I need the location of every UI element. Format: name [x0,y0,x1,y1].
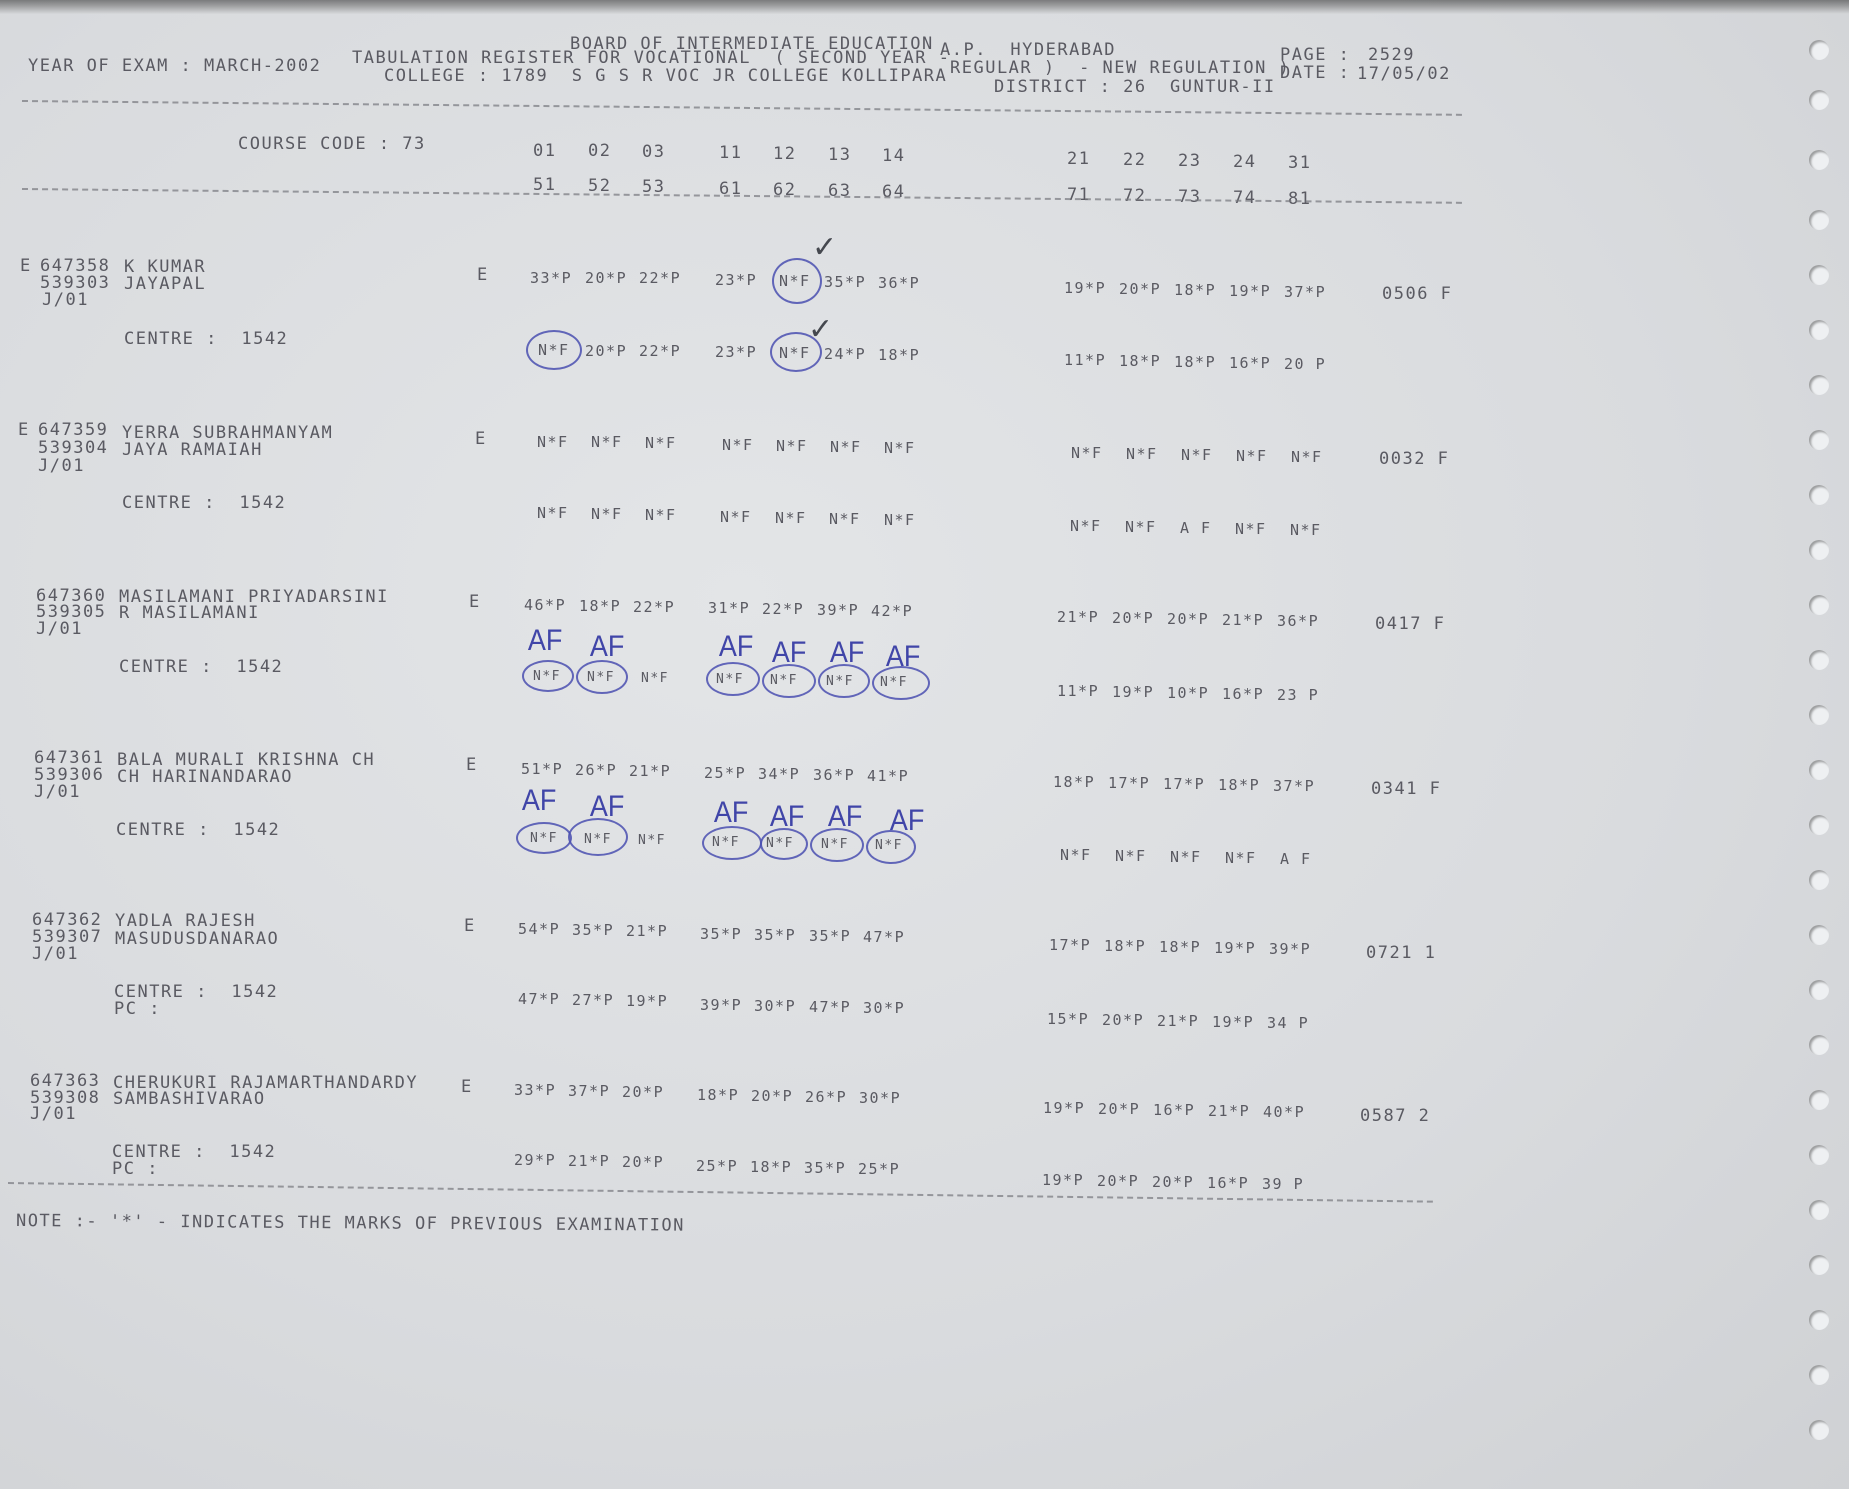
sprocket-hole [1809,375,1829,395]
handwritten-af: AF [886,640,921,674]
sprocket-hole [1809,1200,1829,1220]
mark-81: A F [1280,849,1312,869]
mark-11: 35*P [700,924,742,944]
father-name: SAMBASHIVARAO [113,1089,266,1109]
medium: E [464,916,476,936]
mark-53: N*F [638,831,666,851]
sprocket-hole [1809,210,1829,230]
code-03: 03 [642,142,665,162]
mark-22: 20*P [1098,1099,1140,1119]
page-label: PAGE : [1280,45,1350,65]
student-flag: E [18,420,30,440]
mark-53: N*F [645,505,677,525]
mark-22: 17*P [1108,773,1150,793]
mark-14: 36*P [878,273,920,293]
mark-13: 35*P [809,926,851,946]
mark-14: 41*P [867,766,909,786]
mark-23: 17*P [1163,774,1205,794]
handwritten-af: AF [830,636,865,670]
code-24: 24 [1233,152,1256,172]
handwritten-af: AF [772,636,807,670]
total-result: 0032 F [1379,449,1449,469]
mark-12: 35*P [754,925,796,945]
mark-72: 20*P [1102,1010,1144,1030]
father-name: JAYAPAL [124,274,206,294]
code-01: 01 [533,141,556,161]
mark-73: A F [1180,518,1212,538]
state-city: A.P. HYDERABAD [940,40,1116,60]
mark-01: N*F [537,432,569,452]
mark-14: 47*P [863,927,905,947]
mark-14: 42*P [871,601,913,621]
mark-21: 19*P [1043,1098,1085,1118]
mark-01: 33*P [530,268,572,288]
mark-03: 21*P [629,761,671,781]
register-title: TABULATION REGISTER FOR VOCATIONAL ( SEC… [352,48,950,68]
mark-13: 26*P [805,1087,847,1107]
sprocket-hole [1809,815,1829,835]
mark-23: 16*P [1153,1100,1195,1120]
total-result: 0417 F [1375,614,1445,634]
mark-73: 21*P [1157,1011,1199,1031]
register-type: REGULAR ) - NEW REGULATION ) [950,58,1290,78]
mark-73: N*F [1170,847,1202,867]
mark-11: 18*P [697,1085,739,1105]
sprocket-hole [1809,1255,1829,1275]
total-result: 0721 1 [1366,943,1436,963]
handwritten-circle [576,660,628,694]
handwritten-af: AF [528,624,563,658]
mark-11: 25*P [704,763,746,783]
pc-label: PC : [114,999,161,1019]
mark-73: 18*P [1174,352,1216,372]
centre-code: CENTRE : 1542 [116,820,280,840]
course-code: COURSE CODE : 73 [238,134,426,154]
code-72: 72 [1123,186,1146,206]
mark-12: N*F [776,436,808,456]
mark-64: 18*P [878,345,920,365]
mark-12: 20*P [751,1086,793,1106]
mark-31: 36*P [1277,611,1319,631]
mark-64: N*F [884,510,916,530]
group-code: J/01 [42,290,89,310]
code-22: 22 [1123,150,1146,170]
handwritten-af: AF [828,800,863,834]
mark-22: 20*P [1119,279,1161,299]
tabulation-register-page [0,0,1849,1489]
mark-03: N*F [645,433,677,453]
mark-74: N*F [1225,848,1257,868]
father-name: CH HARINANDARAO [117,767,293,787]
sprocket-hole [1809,1145,1829,1165]
father-name: MASUDUSDANARAO [115,929,279,949]
code-63: 63 [828,181,851,201]
sprocket-hole [1809,485,1829,505]
mark-23: N*F [1181,445,1213,465]
mark-21: 19*P [1064,278,1106,298]
mark-63: N*F [829,509,861,529]
handwritten-af: AF [590,790,625,824]
sprocket-hole [1809,1310,1829,1330]
mark-63: 35*P [804,1158,846,1178]
mark-21: 18*P [1053,772,1095,792]
mark-64: 25*P [858,1159,900,1179]
centre-code: CENTRE : 1542 [119,657,283,677]
student-flag: E [20,256,32,276]
sprocket-hole [1809,265,1829,285]
handwritten-circle [706,662,760,696]
mark-61: 25*P [696,1156,738,1176]
total-result: 0587 2 [1360,1106,1430,1126]
mark-24: 19*P [1214,938,1256,958]
checkmark-icon: ✓ [808,312,833,347]
mark-14: N*F [884,438,916,458]
district: DISTRICT : 26 GUNTUR-II [994,77,1276,97]
centre-code: CENTRE : 1542 [122,493,286,513]
mark-71: 11*P [1064,350,1106,370]
mark-31: N*F [1291,447,1323,467]
mark-01: 46*P [524,595,566,615]
medium: E [469,592,481,612]
mark-22: 18*P [1104,936,1146,956]
mark-13: 39*P [817,600,859,620]
code-14: 14 [882,146,905,166]
handwritten-af: AF [714,796,749,830]
mark-01: 51*P [521,759,563,779]
medium: E [461,1077,473,1097]
date-label: DATE : [1280,63,1350,83]
mark-72: 19*P [1112,682,1154,702]
mark-11: 31*P [708,598,750,618]
checkmark-icon: ✓ [812,230,837,265]
mark-74: N*F [1235,519,1267,539]
medium: E [475,429,487,449]
group-code: J/01 [32,944,79,964]
mark-72: N*F [1125,517,1157,537]
mark-51: 29*P [514,1150,556,1170]
mark-24: N*F [1236,446,1268,466]
mark-03: 22*P [639,268,681,288]
mark-24: 21*P [1208,1101,1250,1121]
mark-23: 20*P [1167,609,1209,629]
code-31: 31 [1288,153,1311,173]
mark-03: 21*P [626,921,668,941]
handwritten-circle [516,822,572,854]
mark-71: 19*P [1042,1170,1084,1190]
mark-02: 26*P [575,760,617,780]
student-name: YADLA RAJESH [115,911,256,931]
mark-03: 22*P [633,597,675,617]
mark-53: 19*P [626,991,668,1011]
mark-51: 47*P [518,989,560,1009]
father-name: JAYA RAMAIAH [122,440,263,460]
mark-11: N*F [722,435,754,455]
mark-74: 16*P [1207,1173,1249,1193]
sprocket-hole [1809,925,1829,945]
sprocket-hole [1809,1420,1829,1440]
mark-61: 23*P [715,342,757,362]
medium: E [477,265,489,285]
sprocket-hole [1809,650,1829,670]
mark-71: 15*P [1047,1009,1089,1029]
mark-81: 23 P [1277,685,1319,705]
mark-23: 18*P [1159,937,1201,957]
mark-02: N*F [591,432,623,452]
mark-81: 20 P [1284,354,1326,374]
code-02: 02 [588,141,611,161]
sprocket-hole [1809,595,1829,615]
mark-24: 18*P [1218,775,1260,795]
sprocket-hole [1809,150,1829,170]
code-13: 13 [828,145,851,165]
mark-21: N*F [1071,443,1103,463]
mark-31: 40*P [1263,1102,1305,1122]
sprocket-hole [1809,870,1829,890]
sprocket-hole [1809,320,1829,340]
father-name: R MASILAMANI [119,603,260,623]
mark-02: 20*P [585,268,627,288]
sprocket-hole [1809,1035,1829,1055]
mark-72: 20*P [1097,1171,1139,1191]
mark-13: 36*P [813,765,855,785]
hall-ticket-number: 647359 [38,420,108,440]
mark-71: N*F [1070,516,1102,536]
sprocket-hole [1809,1090,1829,1110]
mark-72: 18*P [1119,351,1161,371]
group-code: J/01 [38,456,85,476]
mark-52: 27*P [572,990,614,1010]
mark-02: 18*P [579,596,621,616]
handwritten-circle [702,826,762,860]
mark-14: 30*P [859,1088,901,1108]
sprocket-hole [1809,40,1829,60]
mark-63: 24*P [824,344,866,364]
handwritten-circle [526,330,582,370]
mark-13: N*F [830,437,862,457]
handwritten-af: AF [719,630,754,664]
centre-code: CENTRE : 1542 [124,329,288,349]
mark-51: N*F [537,503,569,523]
code-74: 74 [1233,188,1256,208]
pc-label: PC : [112,1159,159,1179]
mark-53: 20*P [622,1152,664,1172]
mark-73: 10*P [1167,683,1209,703]
registration-number: 539304 [38,438,108,458]
sprocket-hole [1809,980,1829,1000]
sprocket-hole [1809,705,1829,725]
paper-top-edge [0,0,1849,14]
sprocket-hole [1809,540,1829,560]
total-result: 0506 F [1382,284,1452,304]
mark-52: N*F [591,504,623,524]
mark-53: N*F [641,669,669,689]
mark-12: 22*P [762,599,804,619]
mark-74: 16*P [1222,684,1264,704]
mark-22: N*F [1126,444,1158,464]
mark-52: 20*P [585,341,627,361]
mark-62: 18*P [750,1157,792,1177]
mark-62: N*F [775,508,807,528]
date-value: 17/05/02 [1357,64,1451,84]
code-23: 23 [1178,151,1201,171]
mark-72: N*F [1115,846,1147,866]
mark-31: 37*P [1273,776,1315,796]
mark-23: 18*P [1174,280,1216,300]
total-result: 0341 F [1371,779,1441,799]
code-12: 12 [773,144,796,164]
mark-62: 30*P [754,996,796,1016]
mark-71: 11*P [1057,681,1099,701]
handwritten-af: AF [590,630,625,664]
mark-81: 39 P [1262,1174,1304,1194]
mark-52: 21*P [568,1151,610,1171]
mark-21: 17*P [1049,935,1091,955]
mark-13: 35*P [824,272,866,292]
mark-74: 19*P [1212,1012,1254,1032]
mark-02: 35*P [572,920,614,940]
handwritten-af: AF [890,804,925,838]
sprocket-hole [1809,1365,1829,1385]
code-73: 73 [1178,187,1201,207]
mark-74: 16*P [1229,353,1271,373]
mark-61: N*F [720,507,752,527]
group-code: J/01 [36,619,83,639]
code-71: 71 [1067,185,1090,205]
group-code: J/01 [34,782,81,802]
code-64: 64 [882,182,905,202]
mark-01: 33*P [514,1080,556,1100]
mark-12: 34*P [758,764,800,784]
mark-02: 37*P [568,1081,610,1101]
code-11: 11 [719,143,742,163]
handwritten-af: AF [770,800,805,834]
code-21: 21 [1067,149,1090,169]
year-of-exam: YEAR OF EXAM : MARCH-2002 [28,56,321,76]
mark-22: 20*P [1112,608,1154,628]
mark-31: 39*P [1269,939,1311,959]
tractor-feed-holes [1809,40,1835,1480]
mark-31: 37*P [1284,282,1326,302]
medium: E [466,755,478,775]
mark-53: 22*P [639,341,681,361]
mark-24: 19*P [1229,281,1271,301]
handwritten-circle [522,660,574,692]
sprocket-hole [1809,760,1829,780]
mark-11: 23*P [715,270,757,290]
mark-21: 21*P [1057,607,1099,627]
group-code: J/01 [30,1104,77,1124]
mark-73: 20*P [1152,1172,1194,1192]
sprocket-hole [1809,430,1829,450]
sprocket-hole [1809,90,1829,110]
page-number: 2529 [1368,45,1415,65]
handwritten-af: AF [522,784,557,818]
mark-81: N*F [1290,520,1322,540]
mark-81: 34 P [1267,1013,1309,1033]
mark-24: 21*P [1222,610,1264,630]
mark-63: 47*P [809,997,851,1017]
code-81: 81 [1288,189,1311,209]
mark-71: N*F [1060,845,1092,865]
college-name: COLLEGE : 1789 S G S R VOC JR COLLEGE KO… [384,66,947,86]
mark-64: 30*P [863,998,905,1018]
mark-03: 20*P [622,1082,664,1102]
mark-01: 54*P [518,919,560,939]
mark-61: 39*P [700,995,742,1015]
